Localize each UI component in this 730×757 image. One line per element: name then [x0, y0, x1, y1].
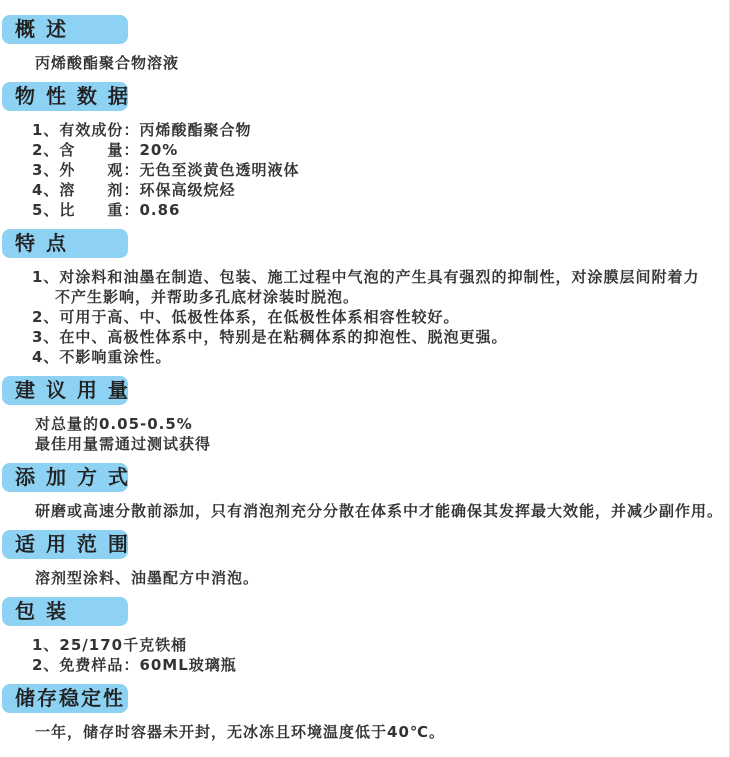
feature-item: 3、在中、高极性体系中，特别是在粘稠体系的抑泡性、脱泡更强。 [55, 327, 707, 347]
section-features: 特 点 1、对涂料和油墨在制造、包装、施工过程中气泡的产生具有强烈的抑制性，对涂… [2, 229, 729, 367]
physical-data-item: 4、溶 剂：环保高级烷烃 [32, 180, 729, 200]
section-addition-method: 添 加 方 式 研磨或高速分散前添加，只有消泡剂充分分散在体系中才能确保其发挥最… [2, 463, 729, 521]
physical-data-item: 1、有效成份：丙烯酸酯聚合物 [32, 120, 729, 140]
datasheet-page: 概 述 丙烯酸酯聚合物溶液 物 性 数 据 1、有效成份：丙烯酸酯聚合物 2、含… [0, 0, 730, 757]
dosage-text: 对总量的0.05-0.5% [35, 414, 729, 434]
section-header-label: 适 用 范 围 [15, 532, 128, 556]
section-header-label: 添 加 方 式 [15, 465, 128, 489]
packaging-item: 2、免费样品：60ML玻璃瓶 [32, 655, 729, 675]
physical-data-item: 5、比 重：0.86 [32, 200, 729, 220]
section-header-physical-data: 物 性 数 据 [2, 82, 128, 111]
section-packaging: 包 装 1、25/170千克铁桶 2、免费样品：60ML玻璃瓶 [2, 597, 729, 675]
section-header-storage-stability: 储存稳定性 [2, 684, 128, 713]
feature-item: 1、对涂料和油墨在制造、包装、施工过程中气泡的产生具有强烈的抑制性，对涂膜层间附… [55, 267, 707, 307]
dosage-text: 最佳用量需通过测试获得 [35, 434, 729, 454]
section-header-overview: 概 述 [2, 15, 128, 44]
storage-stability-text: 一年，储存时容器未开封，无冰冻且环境温度低于40℃。 [35, 722, 729, 742]
section-header-label: 包 装 [15, 599, 68, 623]
section-storage-stability: 储存稳定性 一年，储存时容器未开封，无冰冻且环境温度低于40℃。 [2, 684, 729, 742]
packaging-item: 1、25/170千克铁桶 [32, 635, 729, 655]
feature-item: 2、可用于高、中、低极性体系，在低极性体系相容性较好。 [55, 307, 707, 327]
section-header-label: 物 性 数 据 [15, 84, 128, 108]
section-header-label: 建 议 用 量 [15, 378, 128, 402]
section-header-label: 概 述 [15, 17, 68, 41]
section-application-scope: 适 用 范 围 溶剂型涂料、油墨配方中消泡。 [2, 530, 729, 588]
section-header-packaging: 包 装 [2, 597, 128, 626]
section-header-label: 特 点 [15, 231, 68, 255]
addition-method-text: 研磨或高速分散前添加，只有消泡剂充分分散在体系中才能确保其发挥最大效能，并减少副… [35, 501, 727, 521]
section-header-addition-method: 添 加 方 式 [2, 463, 128, 492]
feature-item: 4、不影响重涂性。 [55, 347, 707, 367]
section-header-application-scope: 适 用 范 围 [2, 530, 128, 559]
section-header-label: 储存稳定性 [15, 686, 125, 710]
physical-data-item: 3、外 观：无色至淡黄色透明液体 [32, 160, 729, 180]
overview-text: 丙烯酸酯聚合物溶液 [35, 53, 729, 73]
section-overview: 概 述 丙烯酸酯聚合物溶液 [2, 15, 729, 73]
section-header-dosage: 建 议 用 量 [2, 376, 128, 405]
section-dosage: 建 议 用 量 对总量的0.05-0.5% 最佳用量需通过测试获得 [2, 376, 729, 454]
section-header-features: 特 点 [2, 229, 128, 258]
section-physical-data: 物 性 数 据 1、有效成份：丙烯酸酯聚合物 2、含 量：20% 3、外 观：无… [2, 82, 729, 220]
application-scope-text: 溶剂型涂料、油墨配方中消泡。 [35, 568, 729, 588]
physical-data-item: 2、含 量：20% [32, 140, 729, 160]
